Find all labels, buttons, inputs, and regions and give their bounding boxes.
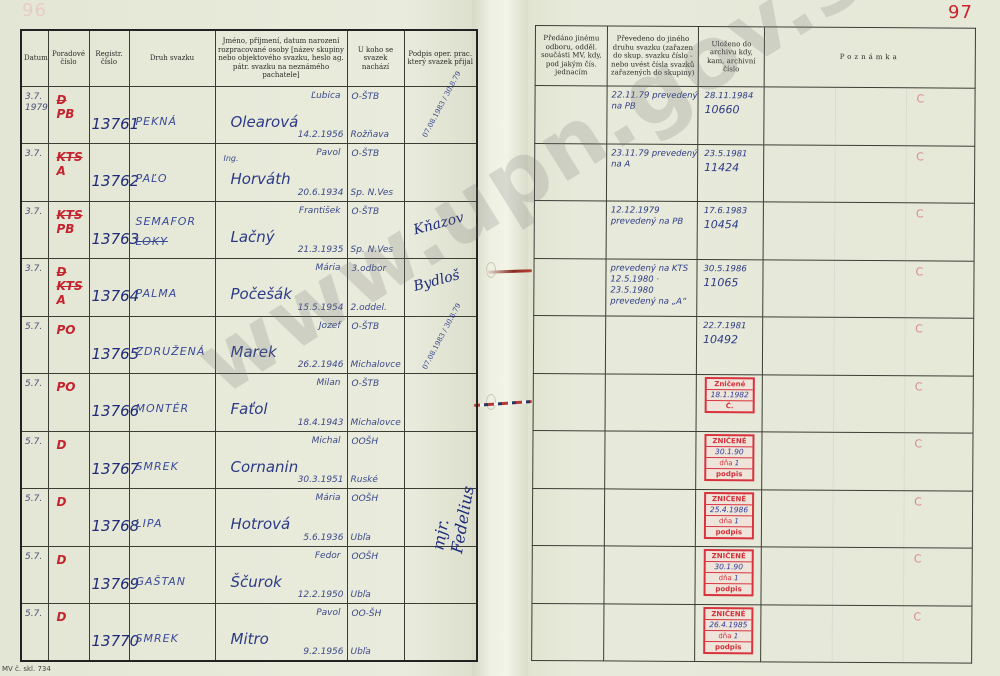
order-cell: D <box>48 431 89 489</box>
location-cell: O-ŠTB Sp. N.Ves <box>347 201 404 259</box>
file-codename: LOKY <box>136 232 197 252</box>
file-codename: SEMAFOR <box>136 212 197 232</box>
header-note: Poznámka <box>764 27 975 88</box>
header-date: Datum <box>21 30 48 86</box>
archived-cell: Zničené 18.1.1982 Č. <box>696 374 762 432</box>
holding-unit: O-ŠTB <box>352 379 380 389</box>
handed-over-cell <box>534 143 606 201</box>
order-code: D <box>57 495 67 509</box>
archive-date: 22.7.1981 <box>703 321 746 331</box>
date-cell: 5.7. <box>21 489 48 547</box>
holding-unit: OOŠH <box>352 494 379 504</box>
date-cell: 5.7. <box>21 546 48 604</box>
order-code: D <box>57 610 67 624</box>
archive-info: 17.6.1983 10454 <box>704 206 747 230</box>
holding-location: Michalovce <box>351 360 401 370</box>
registration-cell: 13765 <box>89 316 129 374</box>
order-code: A <box>57 164 83 178</box>
archive-number: 11424 <box>704 162 747 173</box>
holding-location: Ubľa <box>351 533 371 543</box>
person-cell: Milan Faťol 18.4.1943 <box>215 374 347 432</box>
order-cell: PO <box>48 316 89 374</box>
stamp-count: dňa 1 <box>706 516 752 527</box>
archive-date: 28.11.1984 <box>705 91 754 101</box>
archive-number: 10660 <box>704 104 753 115</box>
file-codename: PALMA <box>136 287 178 300</box>
table-row: 3.7. 1979 DPB 13761 PEKNÁ Ľubica Olearov… <box>21 86 477 144</box>
file-type-cell: SEMAFORLOKY <box>129 201 215 259</box>
order-cell: D <box>48 546 89 604</box>
signature-cell <box>404 431 477 489</box>
surname: Olearová <box>231 113 299 131</box>
table-row: ZNIČENÉ 30.1.90 dňa 1 podpis C <box>532 545 972 605</box>
file-type: PAĽO <box>136 172 168 185</box>
order-cell: DKTSA <box>48 259 89 317</box>
first-name: Pavol <box>316 608 340 618</box>
file-type-cell: PAĽO <box>129 144 215 202</box>
archive-date: 23.5.1981 <box>704 149 747 159</box>
stamp-title: ZNIČENÉ <box>705 609 751 620</box>
location-cell: OO-ŠH Ubľa <box>347 604 404 662</box>
first-name: Mária <box>316 263 341 273</box>
destroyed-stamp: Zničené 18.1.1982 Č. <box>705 377 755 413</box>
holding-unit: O-ŠTB <box>352 207 380 217</box>
location-cell: OOŠH Ruské <box>347 431 404 489</box>
date-of-birth: 5.6.1936 <box>303 533 343 543</box>
header-note-label: Poznámka <box>840 53 900 61</box>
first-name: Milan <box>317 378 341 388</box>
archived-cell: ZNIČENÉ 30.1.90 dňa 1 podpis <box>696 431 762 489</box>
date-of-birth: 20.6.1934 <box>298 188 344 198</box>
registration-cell: 13767 <box>89 431 129 489</box>
note-cell: C <box>762 432 973 491</box>
transfer-note: prevedený na KTS 12.5.1980 · 23.5.1980 p… <box>610 263 696 308</box>
order-cell: KTSA <box>48 144 89 202</box>
file-type: MONTÉR <box>136 402 190 415</box>
destroyed-stamp: ZNIČENÉ 30.1.90 dňa 1 podpis <box>704 549 754 596</box>
note-mark: C <box>917 92 925 105</box>
left-page-number: 96 <box>22 0 47 21</box>
stamp-signature: podpis <box>706 469 752 479</box>
date-cell: 5.7. <box>21 431 48 489</box>
first-name: Michal <box>312 436 341 446</box>
holding-location: Ruské <box>351 475 378 485</box>
handed-over-cell <box>534 200 606 258</box>
person-cell: Jozef Marek 26.2.1946 <box>215 316 347 374</box>
archived-cell: 17.6.1983 10454 <box>697 201 763 259</box>
surname: Marek <box>231 343 277 361</box>
order-cell: PO <box>48 374 89 432</box>
location-cell: O-ŠTB Sp. N.Ves <box>347 144 404 202</box>
file-codename: PEKNÁ <box>136 115 178 128</box>
stamp-signature: podpis <box>706 584 752 594</box>
archive-date: 30.5.1986 <box>703 264 746 274</box>
location-cell: 3.odbor 2.oddel. <box>347 259 404 317</box>
table-row: 5.7. D 13768 LIPA Mária Hotrová 5.6.1936… <box>21 489 477 547</box>
table-row: ZNIČENÉ 26.4.1985 dňa 1 podpis C <box>532 603 972 663</box>
signature-cell: 07.08.1983 / 30.8.79 <box>404 86 477 144</box>
order-codes: PO <box>57 323 76 337</box>
location-cell: OOŠH Ubľa <box>347 489 404 547</box>
header-officer-signature: Podpis oper. prac. který svazek přijal <box>404 30 477 86</box>
stamp-title: ZNIČENÉ <box>706 551 752 562</box>
holding-location: Rožňava <box>351 130 390 140</box>
order-codes: D <box>57 553 67 567</box>
date-of-birth: 30.3.1951 <box>298 475 344 485</box>
note-cell: C <box>762 317 973 376</box>
table-row: Zničené 18.1.1982 Č. C <box>533 373 973 433</box>
note-cell: C <box>761 547 972 606</box>
archive-info: 22.7.1981 10492 <box>703 321 746 345</box>
file-type: SMREK <box>136 460 179 473</box>
registration-cell: 13763 <box>89 201 129 259</box>
header-archived: Uloženo do archivu kdy, kam, archivní čí… <box>698 26 764 86</box>
file-type: GAŠTAN <box>136 575 187 588</box>
first-name: František <box>299 206 341 216</box>
person-cell: Fedor Ščurok 12.2.1950 <box>215 546 347 604</box>
handed-over-cell <box>532 545 604 603</box>
file-type: ZDRUŽENÁ <box>136 345 206 358</box>
file-type-cell: LIPA <box>129 489 215 547</box>
table-row: 22.7.1981 10492 C <box>533 315 973 375</box>
date-cell: 3.7. <box>21 259 48 317</box>
file-type-cell: PEKNÁ <box>129 86 215 144</box>
transferred-cell: 23.11.79 prevedený na A <box>606 143 697 201</box>
stamp-title: ZNIČENÉ <box>706 494 752 505</box>
order-cell: D <box>48 489 89 547</box>
person-cell: Mária Hotrová 5.6.1936 <box>215 489 347 547</box>
surname: Mitro <box>231 630 269 648</box>
surname: Horváth <box>231 170 291 188</box>
person-cell: František Lačný 21.3.1935 <box>215 201 347 259</box>
order-codes: DKTSA <box>57 265 83 307</box>
archived-cell: 30.5.1986 11065 <box>697 259 763 317</box>
file-codename: ZDRUŽENÁ <box>136 345 206 358</box>
holding-unit: O-ŠTB <box>352 322 380 332</box>
entry-date: 3.7. <box>25 207 42 218</box>
file-codename: GAŠTAN <box>136 575 187 588</box>
location-cell: OOŠH Ubľa <box>347 546 404 604</box>
first-name: Mária <box>316 493 341 503</box>
registration-cell: 13766 <box>89 374 129 432</box>
archived-cell: ZNIČENÉ 30.1.90 dňa 1 podpis <box>695 546 761 604</box>
registration-cell: 13769 <box>89 546 129 604</box>
signature-cell: Bydloš <box>404 259 477 317</box>
entry-date: 5.7. <box>25 494 42 505</box>
handed-over-cell <box>535 86 607 144</box>
date-of-birth: 9.2.1956 <box>303 647 343 657</box>
table-row: 23.11.79 prevedený na A 23.5.1981 11424 … <box>534 143 974 203</box>
stamp-date: 25.4.1986 <box>706 505 752 516</box>
holding-unit: OOŠH <box>352 552 379 562</box>
person-cell: Ing. Pavol Horváth 20.6.1934 <box>215 144 347 202</box>
transfer-note: 12.12.1979 prevedený na PB <box>611 205 697 228</box>
order-codes: KTSPB <box>57 208 83 236</box>
title-prefix: Ing. <box>224 154 239 163</box>
archived-cell: ZNIČENÉ 25.4.1986 dňa 1 podpis <box>695 489 761 547</box>
archived-cell: 28.11.1984 10660 <box>698 86 764 144</box>
file-type-cell: MONTÉR <box>129 374 215 432</box>
transferred-cell <box>604 546 695 604</box>
order-code: D <box>57 265 83 279</box>
stamp-count-value: 1 <box>734 632 739 640</box>
stamp-date: 30.1.90 <box>706 447 752 458</box>
note-cell: C <box>761 604 972 663</box>
stamp-count: dňa 1 <box>705 631 751 642</box>
stamp-count: dňa 1 <box>706 458 752 469</box>
date-cell: 5.7. <box>21 374 48 432</box>
table-row: 3.7. KTSA 13762 PAĽO Ing. Pavol Horváth … <box>21 144 477 202</box>
archived-cell: ZNIČENÉ 26.4.1985 dňa 1 podpis <box>695 604 761 662</box>
file-type: SEMAFORLOKY <box>136 212 197 252</box>
signature-cell <box>404 144 477 202</box>
location-cell: O-ŠTB Michalovce <box>347 374 404 432</box>
order-codes: D <box>57 610 67 624</box>
stamp-count: dňa 1 <box>706 573 752 584</box>
header-order-number: Poradové číslo <box>48 30 89 86</box>
table-row: 5.7. D 13769 GAŠTAN Fedor Ščurok 12.2.19… <box>21 546 477 604</box>
officer-signature: Kňazov <box>411 209 465 238</box>
surname: Ščurok <box>231 573 282 591</box>
stamp-count-value: 1 <box>734 574 739 582</box>
note-mark: C <box>915 380 923 393</box>
note-cell: C <box>761 489 972 548</box>
transferred-cell: 22.11.79 prevedený na PB <box>607 86 698 144</box>
file-codename: SMREK <box>136 632 179 645</box>
stamp-signature: podpis <box>705 642 751 652</box>
holding-location: Ubľa <box>351 647 371 657</box>
note-cell: C <box>763 202 974 261</box>
note-mark: C <box>916 207 924 220</box>
note-mark: C <box>914 437 922 450</box>
transferred-cell: prevedený na KTS 12.5.1980 · 23.5.1980 p… <box>606 258 697 316</box>
note-mark: C <box>913 610 921 623</box>
archive-number: 10492 <box>703 334 746 345</box>
archive-date: 17.6.1983 <box>704 206 747 216</box>
file-type-cell: ZDRUŽENÁ <box>129 316 215 374</box>
date-cell: 5.7. <box>21 316 48 374</box>
order-code: PB <box>57 222 83 236</box>
note-mark: C <box>916 150 924 163</box>
file-type-cell: PALMA <box>129 259 215 317</box>
note-cell: C <box>762 374 973 433</box>
surname: Hotrová <box>231 515 291 533</box>
holding-location: 2.oddel. <box>351 303 387 313</box>
date-cell: 3.7. <box>21 201 48 259</box>
date-of-birth: 14.2.1956 <box>298 130 344 140</box>
surname: Faťol <box>231 400 268 418</box>
handed-over-cell <box>532 488 604 546</box>
order-code: A <box>57 293 83 307</box>
registration-cell: 13762 <box>89 144 129 202</box>
archived-cell: 22.7.1981 10492 <box>696 316 762 374</box>
location-cell: O-ŠTB Michalovce <box>347 316 404 374</box>
signature-cell <box>404 604 477 662</box>
entry-date: 3.7. <box>25 264 42 275</box>
right-page-number: 97 <box>948 2 973 23</box>
registry-table-right: Předáno jinému odboru, odděl. součásti M… <box>531 25 976 664</box>
stamp-date: 26.4.1985 <box>705 620 751 631</box>
order-code: PO <box>57 380 76 394</box>
header-transferred: Převedeno do jiného druhu svazku (zařaze… <box>607 26 698 87</box>
stamp-title: ZNIČENÉ <box>706 436 752 447</box>
destroyed-stamp: ZNIČENÉ 30.1.90 dňa 1 podpis <box>704 434 754 481</box>
holding-unit: OOŠH <box>352 437 379 447</box>
order-cell: D <box>48 604 89 662</box>
date-of-birth: 15.5.1954 <box>298 303 344 313</box>
handed-over-cell <box>533 373 605 431</box>
header-handed-over: Předáno jinému odboru, odděl. součásti M… <box>535 26 607 86</box>
file-codename: LIPA <box>136 517 163 530</box>
transfer-note: 22.11.79 prevedený na PB <box>611 90 697 113</box>
signature-cell: Kňazov <box>404 201 477 259</box>
archive-info: 30.5.1986 11065 <box>703 264 746 288</box>
archived-cell: 23.5.1981 11424 <box>697 144 763 202</box>
signature-cell: mjr. Fedelius <box>404 489 477 547</box>
holding-unit: 3.odbor <box>352 264 387 274</box>
transferred-cell <box>605 431 696 489</box>
note-cell: C <box>763 144 974 203</box>
order-codes: DPB <box>57 93 75 121</box>
date-of-birth: 12.2.1950 <box>298 590 344 600</box>
location-cell: O-ŠTB Rožňava <box>347 86 404 144</box>
table-row: ZNIČENÉ 30.1.90 dňa 1 podpis C <box>533 430 973 490</box>
note-cell: C <box>763 259 974 318</box>
first-name: Pavol <box>316 148 340 158</box>
transfer-note: 23.11.79 prevedený na A <box>611 148 697 171</box>
handed-over-cell <box>532 603 604 661</box>
holding-location: Sp. N.Ves <box>351 245 394 255</box>
transferred-cell <box>604 603 695 661</box>
first-name: Jozef <box>319 321 341 331</box>
order-code: KTS <box>57 208 83 222</box>
holding-unit: O-ŠTB <box>352 92 380 102</box>
holding-unit: OO-ŠH <box>352 609 382 619</box>
order-codes: PO <box>57 380 76 394</box>
order-cell: DPB <box>48 86 89 144</box>
note-mark: C <box>915 265 923 278</box>
entry-date: 5.7. <box>25 609 42 620</box>
book-gutter <box>472 0 534 676</box>
table-row: 12.12.1979 prevedený na PB 17.6.1983 104… <box>534 200 974 260</box>
holding-location: Sp. N.Ves <box>351 188 394 198</box>
archive-number: 10454 <box>704 219 747 230</box>
order-code: KTS <box>57 279 83 293</box>
order-codes: D <box>57 495 67 509</box>
table-row: 5.7. PO 13766 MONTÉR Milan Faťol 18.4.19… <box>21 374 477 432</box>
surname: Cornanin <box>231 458 299 476</box>
table-row: 3.7. DKTSA 13764 PALMA Mária Počešák 15.… <box>21 259 477 317</box>
file-type: PALMA <box>136 287 178 300</box>
header-file-location: U koho se svazek nachází <box>347 30 404 86</box>
stamp-signature: podpis <box>706 527 752 537</box>
transferred-cell: 12.12.1979 prevedený na PB <box>606 201 697 259</box>
date-cell: 3.7. <box>21 144 48 202</box>
officer-signature: Bydloš <box>411 267 461 295</box>
date-of-birth: 18.4.1943 <box>298 418 344 428</box>
first-name: Ľubica <box>311 91 340 101</box>
date-of-birth: 26.2.1946 <box>298 360 344 370</box>
table-row: 5.7. PO 13765 ZDRUŽENÁ Jozef Marek 26.2.… <box>21 316 477 374</box>
order-code: KTS <box>57 150 83 164</box>
destroyed-stamp: ZNIČENÉ 25.4.1986 dňa 1 podpis <box>704 492 754 539</box>
date-of-birth: 21.3.1935 <box>298 245 344 255</box>
table-row: ZNIČENÉ 25.4.1986 dňa 1 podpis C <box>532 488 972 548</box>
order-cell: KTSPB <box>48 201 89 259</box>
table-row: 5.7. D 13767 SMREK Michal Cornanin 30.3.… <box>21 431 477 489</box>
signature-cell <box>404 546 477 604</box>
order-codes: KTSA <box>57 150 83 178</box>
officer-signature: mjr. Fedelius <box>428 481 477 555</box>
entry-date: 5.7. <box>25 437 42 448</box>
stamp-count-value: 1 <box>735 459 740 467</box>
table-row: 22.11.79 prevedený na PB 28.11.1984 1066… <box>535 86 975 146</box>
holding-unit: O-ŠTB <box>352 149 380 159</box>
file-type-cell: SMREK <box>129 604 215 662</box>
transferred-cell <box>605 373 696 431</box>
header-person-name: Jméno, příjmení, datum narození rozpraco… <box>215 30 347 86</box>
order-code: D <box>57 438 67 452</box>
order-code: PO <box>57 323 76 337</box>
date-cell: 5.7. <box>21 604 48 662</box>
entry-date: 5.7. <box>25 379 42 390</box>
note-mark: C <box>914 552 922 565</box>
file-type-cell: GAŠTAN <box>129 546 215 604</box>
person-cell: Ľubica Olearová 14.2.1956 <box>215 86 347 144</box>
stamp-title: Zničené <box>707 379 753 390</box>
note-mark: C <box>914 495 922 508</box>
order-code: PB <box>57 107 75 121</box>
archive-info: 23.5.1981 11424 <box>704 149 747 173</box>
transferred-cell <box>604 488 695 546</box>
entry-date: 5.7. <box>25 322 42 333</box>
archive-info: 28.11.1984 10660 <box>704 91 753 115</box>
order-code: D <box>57 553 67 567</box>
person-cell: Mária Počešák 15.5.1954 <box>215 259 347 317</box>
signature-cell <box>404 374 477 432</box>
destroyed-stamp: ZNIČENÉ 26.4.1985 dňa 1 podpis <box>703 607 753 654</box>
holding-location: Michalovce <box>351 418 401 428</box>
stamp-date: 18.1.1982 <box>707 390 753 401</box>
note-mark: C <box>915 322 923 335</box>
file-type-cell: SMREK <box>129 431 215 489</box>
registration-cell: 13761 <box>89 86 129 144</box>
stamp-signature: Č. <box>707 401 753 411</box>
stamp-date: 30.1.90 <box>706 562 752 573</box>
table-row: prevedený na KTS 12.5.1980 · 23.5.1980 p… <box>534 258 974 318</box>
registration-cell: 13764 <box>89 259 129 317</box>
first-name: Fedor <box>315 551 341 561</box>
entry-date: 3.7. <box>25 149 42 160</box>
file-type: LIPA <box>136 517 163 530</box>
table-row: 5.7. D 13770 SMREK Pavol Mitro 9.2.1956 … <box>21 604 477 662</box>
surname: Počešák <box>231 285 292 303</box>
entry-date: 5.7. <box>25 552 42 563</box>
table-row: 3.7. KTSPB 13763 SEMAFORLOKY František L… <box>21 201 477 259</box>
form-code: MV č. skl. 734 <box>2 665 51 673</box>
handed-over-cell <box>533 430 605 488</box>
handed-over-cell <box>533 315 605 373</box>
file-type: PEKNÁ <box>136 115 178 128</box>
registration-cell: 13768 <box>89 489 129 547</box>
file-type: SMREK <box>136 632 179 645</box>
registry-table-left: Datum Poradové číslo Registr. číslo Druh… <box>20 29 478 662</box>
order-codes: D <box>57 438 67 452</box>
stamp-count-value: 1 <box>734 517 739 525</box>
note-cell: C <box>764 87 975 146</box>
holding-location: Ubľa <box>351 590 371 600</box>
file-codename: PAĽO <box>136 172 168 185</box>
